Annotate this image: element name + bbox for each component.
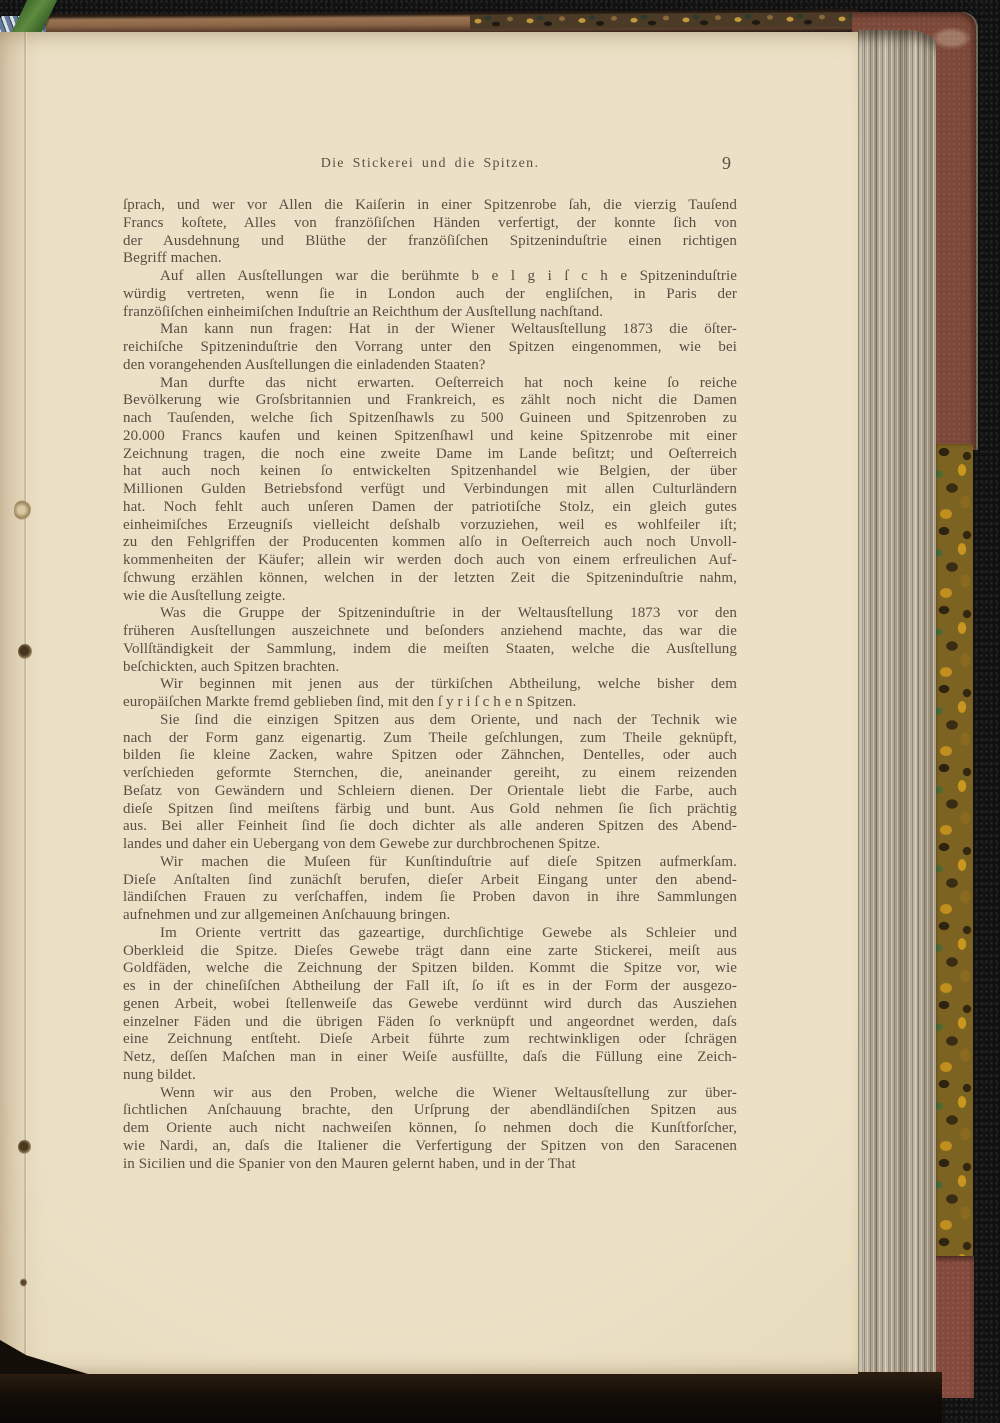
text-line: ſprach, und wer vor Allen die Kaiſerin i…	[123, 197, 737, 215]
text-line: Vollſtändigkeit der Sammlung, indem die …	[123, 641, 737, 659]
marbled-cover-edge	[934, 444, 973, 1262]
text-line: genen Arbeit, wobei ſtellenweiſe das Gew…	[123, 996, 737, 1014]
text-line: franzöſiſchen einheimiſchen Induſtrie an…	[123, 304, 737, 322]
text-line: Zeichnung tragen, die noch eine zweite D…	[123, 446, 737, 464]
text-line: beſchickten, auch Spitzen brachten.	[123, 659, 737, 677]
running-header: Die Stickerei und die Spitzen. 9	[123, 156, 737, 178]
text-line: in Sicilien und die Spanier von den Maur…	[123, 1156, 737, 1174]
text-line: 20.000 Francs kaufen und keinen Spitzenſ…	[123, 428, 737, 446]
text-line: Beſatz von Gewändern und Schleiern diene…	[123, 783, 737, 801]
text-line: es in der chineſiſchen Abtheilung der Fa…	[123, 978, 737, 996]
text-line: Millionen Gulden Betriebsfond verfügt un…	[123, 481, 737, 499]
text-line: landes und daher ein Uebergang von dem G…	[123, 836, 737, 854]
text-line: Netz, deſſen Maſchen man in einer Weiſe …	[123, 1049, 737, 1067]
sewing-thread-tuft	[14, 500, 31, 520]
text-line: nung bildet.	[123, 1067, 737, 1085]
text-line: hat. Noch fehlt auch unſeren Damen der p…	[123, 499, 737, 517]
sewing-hole	[20, 1278, 27, 1287]
page-body: ſprach, und wer vor Allen die Kaiſerin i…	[123, 197, 737, 1173]
text-line: Sie ſind die einzigen Spitzen aus dem Or…	[123, 712, 737, 730]
page-number: 9	[722, 153, 731, 174]
text-line: Auf allen Ausſtellungen war die berühmte…	[123, 268, 737, 286]
text-line: Man kann nun fragen: Hat in der Wiener W…	[123, 321, 737, 339]
gutter-crease	[24, 32, 27, 1374]
text-line: Francs koſtete, Alles von franzöſiſchen …	[123, 215, 737, 233]
text-line: einheimiſches Erzeugniſs vielleicht deſs…	[123, 517, 737, 535]
text-line: kommenheiten der Käufer; allein wir werd…	[123, 552, 737, 570]
text-line: zu den Fehlgriffen der Producenten komme…	[123, 534, 737, 552]
text-line: Wir beginnen mit jenen aus der türkiſche…	[123, 676, 737, 694]
text-line: aus. Bei aller Feinheit ſind ſie doch di…	[123, 818, 737, 836]
text-line: Goldfäden, welche die Zeichnung der Spit…	[123, 960, 737, 978]
text-line: hat auch noch keinen ſo entwickelten Spi…	[123, 463, 737, 481]
text-line: Begriff machen.	[123, 250, 737, 268]
text-line: Was die Gruppe der Spitzeninduſtrie in d…	[123, 605, 737, 623]
text-line: Oberkleid die Spitze. Dieſes Gewebe träg…	[123, 943, 737, 961]
sewing-hole	[18, 644, 32, 659]
text-line: früheren Ausſtellungen auszeichnete und …	[123, 623, 737, 641]
text-line: einzelner Fäden und die übrigen Fäden ſo…	[123, 1014, 737, 1032]
sewing-hole	[18, 1140, 31, 1154]
text-line: Wenn wir aus den Proben, welche die Wien…	[123, 1085, 737, 1103]
text-line: dem Oriente auch nicht nachweiſen können…	[123, 1120, 737, 1138]
text-line: Wir machen die Muſeen für Kunſtinduſtrie…	[123, 854, 737, 872]
page-corner-shadow	[0, 1340, 88, 1374]
text-line: den vorangehenden Ausſtellungen die einl…	[123, 357, 737, 375]
text-line: der Ausdehnung und Blüthe der franzöſiſc…	[123, 233, 737, 251]
text-line: reichiſche Spitzeninduſtrie den Vorrang …	[123, 339, 737, 357]
text-line: Bevölkerung wie Groſsbritannien und Fran…	[123, 392, 737, 410]
text-line: ländiſchen Frauen zu verſchaffen, indem …	[123, 889, 737, 907]
text-line: nach Tauſenden, welche ſich Spitzenſhawl…	[123, 410, 737, 428]
text-line: bilden ſie kleine Zacken, wahre Spitzen …	[123, 747, 737, 765]
running-header-title: Die Stickerei und die Spitzen.	[123, 156, 737, 172]
text-line: ſichtlichen Anſchauung brachte, den Urſp…	[123, 1102, 737, 1120]
fore-edge-page-stack	[852, 30, 936, 1392]
text-line: europäiſchen Markte fremd geblieben ſind…	[123, 694, 737, 712]
text-line: Man durfte das nicht erwarten. Oeſterrei…	[123, 375, 737, 393]
text-line: wie die Ausſtellung zeigte.	[123, 588, 737, 606]
text-line: verſchieden geformte Sternchen, die, ane…	[123, 765, 737, 783]
text-line: Im Oriente vertritt das gazeartige, durc…	[123, 925, 737, 943]
text-line: würdig vertreten, wenn ſie in London auc…	[123, 286, 737, 304]
text-line: ſchwung erzählen können, welchen in der …	[123, 570, 737, 588]
text-line: eine Zeichnung entſteht. Dieſe Arbeit fü…	[123, 1031, 737, 1049]
book-bottom-shadow	[0, 1372, 942, 1423]
text-line: dieſe Spitzen ſind meiſtens färbig und b…	[123, 801, 737, 819]
text-line: Dieſe Anſtalten ſind zunächſt berufen, d…	[123, 872, 737, 890]
text-line: aufnehmen und zur allgemeinen Anſchauung…	[123, 907, 737, 925]
text-line: nach der Form ganz eigenartig. Zum Theil…	[123, 730, 737, 748]
text-line: wie Nardi, an, daſs die Italiener die Ve…	[123, 1138, 737, 1156]
book-top-cover-edge	[470, 13, 862, 29]
